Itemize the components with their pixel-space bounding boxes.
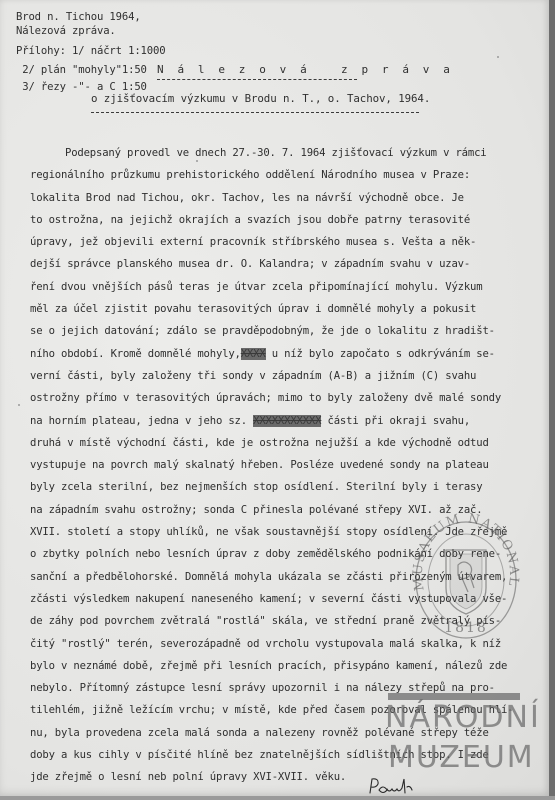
header-line-2: Nálezová zpráva.	[16, 24, 116, 38]
body-line: bylo v neznámé době, zřejmě při lesních …	[30, 655, 545, 677]
body-line-text: ního období. Kromě domnělé mohyly,	[30, 348, 241, 360]
header-line-1: Brod n. Tichou 1964,	[16, 10, 141, 24]
body-line: de záhy pod povrchem zvětralá "rostlá" s…	[30, 610, 545, 632]
body-line: na horním plateau, jedna v jeho sz. XXXX…	[30, 410, 545, 432]
body-line: na západním svahu ostrožny; sonda C přin…	[30, 499, 545, 521]
watermark-bar	[388, 693, 520, 700]
report-body: Podepsaný provedl ve dnech 27.-30. 7. 19…	[30, 142, 545, 789]
paper-speck	[18, 404, 20, 406]
page-bottom-edge	[0, 796, 555, 800]
body-line-text: u níž bylo započato s odkrýváním se-	[266, 348, 495, 360]
body-line: dejší správce planského musea dr. O. Kal…	[30, 253, 545, 275]
body-line: verní části, byly založeny tři sondy v z…	[30, 365, 545, 387]
paper-speck	[497, 56, 499, 58]
body-line: úpravy, jež objevili externí pracovník s…	[30, 231, 545, 253]
body-line: se o jejich datování; zdálo se pravděpod…	[30, 320, 545, 342]
document-title: N á l e z o v á z p r á v a	[157, 63, 453, 76]
document-page: Brod n. Tichou 1964, Nálezová zpráva. Př…	[0, 0, 550, 796]
watermark-muzeum: MUZEUM	[388, 743, 535, 773]
title-underline	[157, 79, 357, 81]
body-line: měl za účel zjistit povahu terasovitých …	[30, 298, 545, 320]
subtitle-underline	[91, 112, 419, 114]
body-line: ostrožny přímo v terasovitých úpravách; …	[30, 387, 545, 409]
body-line: ního období. Kromě domnělé mohyly,XXXX u…	[30, 343, 545, 365]
body-line: ření dvou vnějších pásů teras je útvar z…	[30, 276, 545, 298]
paper-speck	[196, 160, 198, 162]
page-edge	[549, 0, 555, 800]
body-line: byly zcela sterilní, bez nejmenších stop…	[30, 476, 545, 498]
body-line: sanční a předbělohorské. Domnělá mohyla …	[30, 566, 545, 588]
body-line-text: na horním plateau, jedna v jeho sz.	[30, 415, 253, 427]
document-subtitle: o zjišťovacím výzkumu v Brodu n. T., o. …	[91, 92, 430, 105]
attachments-line-1: Přílohy: 1/ náčrt 1:1000	[16, 44, 165, 58]
body-line: vystupuje na povrch malý skalnatý hřeben…	[30, 454, 545, 476]
body-line: lokalita Brod nad Tichou, okr. Tachov, l…	[30, 187, 545, 209]
body-line-text: části při okraji svahu,	[321, 415, 470, 427]
struck-out-text: XXXXXXXXXXX	[253, 415, 321, 427]
body-line: regionálního průzkumu prehistorického od…	[30, 164, 545, 186]
body-line: XVII. století a stopy uhlíků, ne však so…	[30, 521, 545, 543]
body-line: čitý "rostlý" terén, severozápadně od vr…	[30, 633, 545, 655]
watermark-narodni: NÁRODNÍ	[385, 703, 541, 733]
signature-icon	[367, 775, 417, 797]
body-line: o zbytky polních nebo lesních úprav z do…	[30, 543, 545, 565]
struck-out-text: XXXX	[241, 348, 266, 360]
body-line: zčásti výsledkem nakupení naneseného kam…	[30, 588, 545, 610]
body-line: druhá v místě východní části, kde je ost…	[30, 432, 545, 454]
body-line: to ostrožna, na jejichž okrajích a svazí…	[30, 209, 545, 231]
attachments-line-2: 2/ plán "mohyly"1:50	[16, 63, 147, 77]
body-line: Podepsaný provedl ve dnech 27.-30. 7. 19…	[30, 142, 545, 164]
